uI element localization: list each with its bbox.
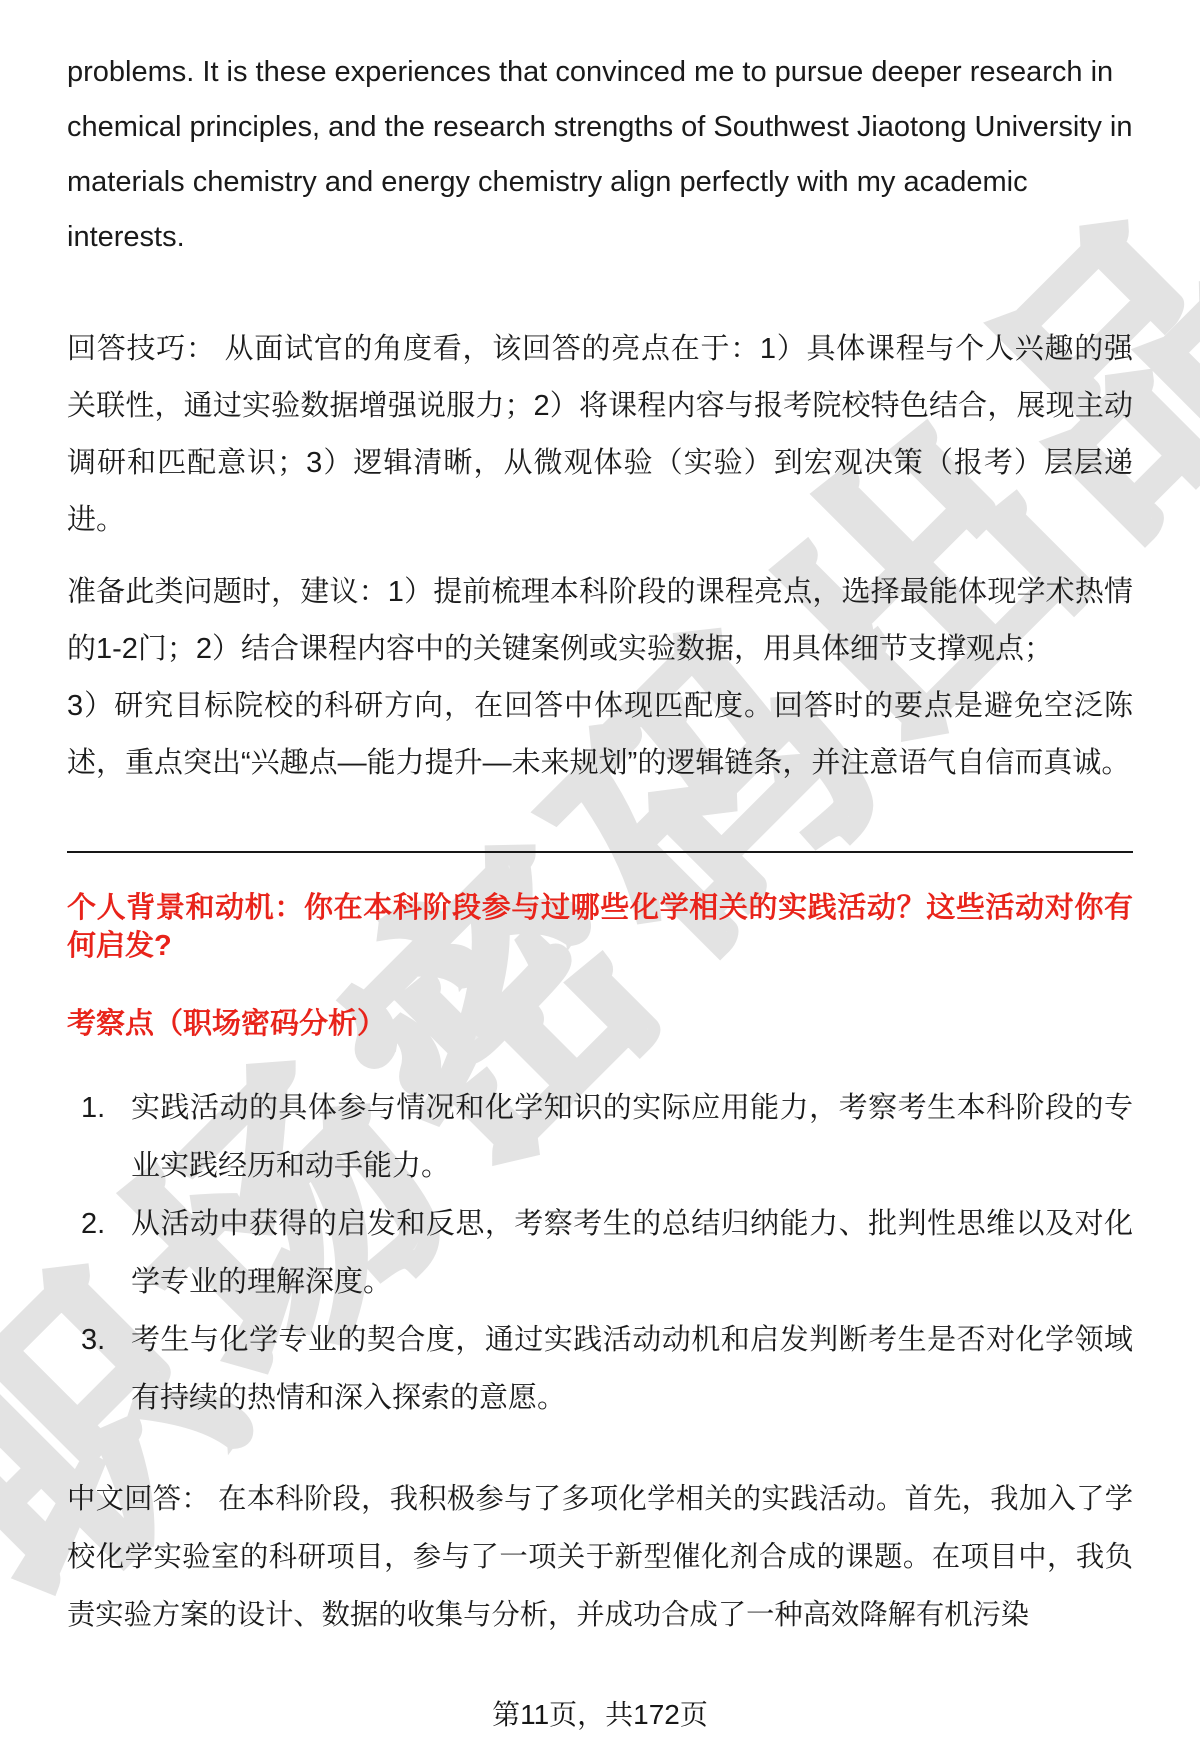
preparation-advice-paragraph-part1: 准备此类问题时，建议：1）提前梳理本科阶段的课程亮点，选择最能体现学术热情的1-… (67, 564, 1133, 678)
preparation-advice-paragraph-part2: 3）研究目标院校的科研方向，在回答中体现匹配度。回答时的要点是避免空泛陈述，重点… (67, 678, 1133, 792)
list-item: 3. 考生与化学专业的契合度，通过实践活动动机和启发判断考生是否对化学领域有持续… (67, 1311, 1133, 1427)
list-item-number: 3. (67, 1311, 131, 1427)
chinese-answer-paragraph: 中文回答： 在本科阶段，我积极参与了多项化学相关的实践活动。首先，我加入了学校化… (67, 1469, 1133, 1643)
section-divider (67, 851, 1133, 853)
page-footer: 第11页，共172页 (0, 1693, 1200, 1733)
analysis-points-heading: 考察点（职场密码分析） (67, 1005, 1133, 1043)
question-heading: 个人背景和动机：你在本科阶段参与过哪些化学相关的实践活动？这些活动对你有何启发? (67, 889, 1133, 965)
english-paragraph: problems. It is these experiences that c… (67, 45, 1133, 265)
answer-tips-paragraph: 回答技巧： 从面试官的角度看，该回答的亮点在于：1）具体课程与个人兴趣的强关联性… (67, 321, 1133, 549)
list-item-text: 实践活动的具体参与情况和化学知识的实际应用能力，考察考生本科阶段的专业实践经历和… (131, 1079, 1133, 1195)
list-item-text: 考生与化学专业的契合度，通过实践活动动机和启发判断考生是否对化学领域有持续的热情… (131, 1311, 1133, 1427)
analysis-points-list: 1. 实践活动的具体参与情况和化学知识的实际应用能力，考察考生本科阶段的专业实践… (67, 1079, 1133, 1427)
list-item: 2. 从活动中获得的启发和反思，考察考生的总结归纳能力、批判性思维以及对化学专业… (67, 1195, 1133, 1311)
list-item-number: 1. (67, 1079, 131, 1195)
page-content: problems. It is these experiences that c… (0, 0, 1200, 1643)
document-page: 职场密码出品 problems. It is these experiences… (0, 0, 1200, 1755)
list-item-text: 从活动中获得的启发和反思，考察考生的总结归纳能力、批判性思维以及对化学专业的理解… (131, 1195, 1133, 1311)
list-item-number: 2. (67, 1195, 131, 1311)
list-item: 1. 实践活动的具体参与情况和化学知识的实际应用能力，考察考生本科阶段的专业实践… (67, 1079, 1133, 1195)
